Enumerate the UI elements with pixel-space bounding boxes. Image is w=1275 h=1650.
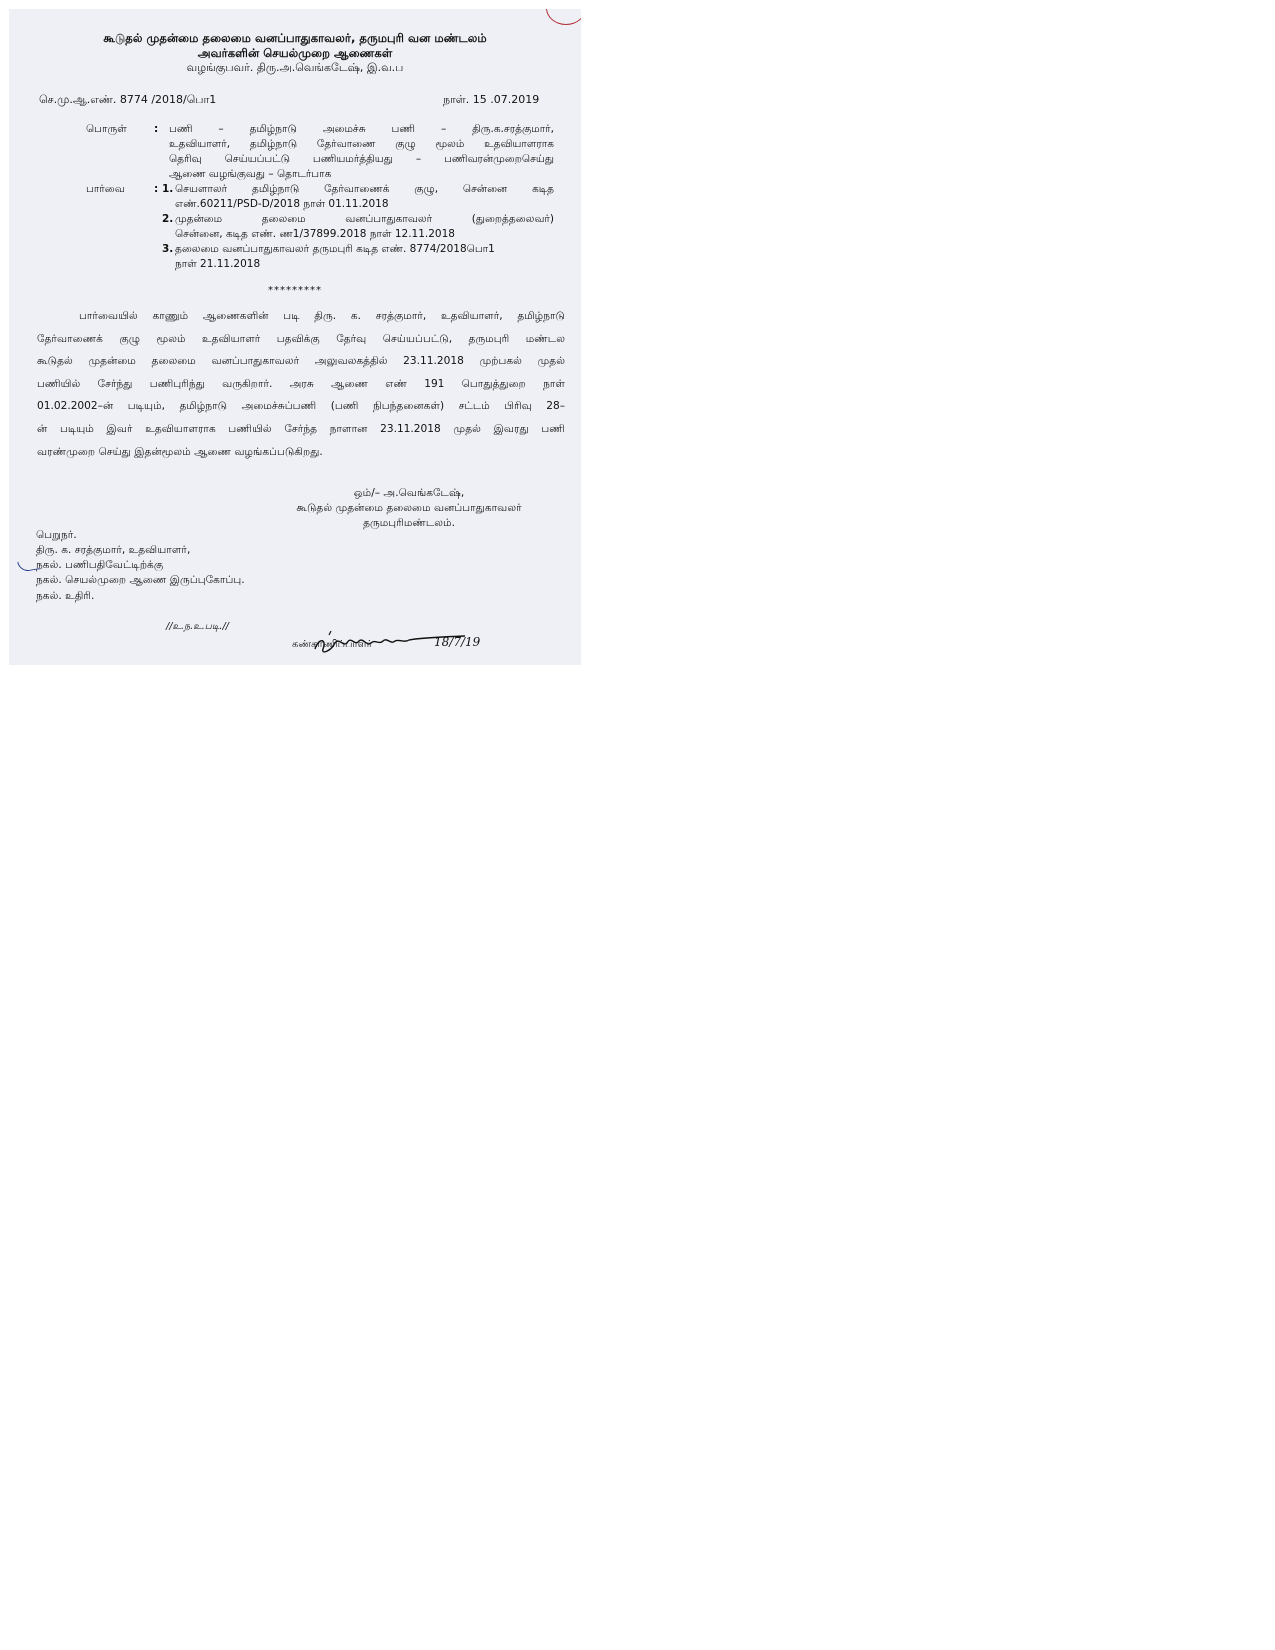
signatory-designation: கூடுதல் முதன்மை தலைமை வனப்பாதுகாவலர் xyxy=(259,501,559,516)
subject-label: பொருள் xyxy=(86,123,127,136)
body-line: பார்வையில் காணும் ஆணைகளின் படி திரு. க. … xyxy=(37,305,565,328)
signatory-name: ஒம்/– அ.வெங்கடேஷ், xyxy=(259,486,559,501)
reference-number: செ.மு.ஆ.எண். 8774 /2018/பொ1 xyxy=(39,93,216,108)
subject-line: தெரிவு செய்யப்பட்டு பணியமர்த்தியது – பணி… xyxy=(169,153,554,166)
reference-item-line: எண்.60211/PSD-D/2018 நாள் 01.11.2018 xyxy=(175,198,389,211)
subject-line: ஆணை வழங்குவது – தொடர்பாக xyxy=(169,168,331,181)
references-colon: : xyxy=(154,183,158,195)
body-line: தேர்வாணைக் குழு மூலம் உதவியாளர் பதவிக்கு… xyxy=(37,328,565,351)
signatory-block: ஒம்/– அ.வெங்கடேஷ், கூடுதல் முதன்மை தலைமை… xyxy=(259,486,559,531)
signatory-office: தருமபுரிமண்டலம். xyxy=(259,516,559,531)
reference-item-number: 2. xyxy=(162,213,173,225)
body-line: வரண்முறை செய்து இதன்மூலம் ஆணை வழங்கப்படு… xyxy=(37,441,565,464)
true-copy-mark: //உ.ந.உ.படி.// xyxy=(166,621,229,633)
red-stamp-mark xyxy=(546,9,581,25)
body-line: ன் படியும் இவர் உதவியாளராக பணியில் சேர்ந… xyxy=(37,418,565,441)
separator-stars: ********* xyxy=(9,285,581,296)
references-label: பார்வை xyxy=(86,183,125,196)
header-title-line2: அவர்களின் செயல்முறை ஆணைகள் xyxy=(9,46,581,62)
recipient-item: நகல். பணிபதிவேட்டிற்க்கு xyxy=(36,558,245,573)
reference-item-line: சென்னை, கடித எண். ண1/37899.2018 நாள் 12.… xyxy=(175,228,455,241)
attestation-date: 18/7/19 xyxy=(434,635,480,649)
body-paragraph: பார்வையில் காணும் ஆணைகளின் படி திரு. க. … xyxy=(37,305,565,463)
body-line: பணியில் சேர்ந்து பணிபுரிந்து வருகிறார். … xyxy=(37,373,565,396)
recipient-heading: பெறுநர். xyxy=(36,528,245,543)
reference-item-line: முதன்மை தலைமை வனப்பாதுகாவலர் (துறைத்தலைவ… xyxy=(175,213,554,226)
reference-item-line: தலைமை வனப்பாதுகாவலர் தருமபுரி கடித எண். … xyxy=(175,243,554,256)
reference-item-line: நாள் 21.11.2018 xyxy=(175,258,260,271)
body-line: 01.02.2002–ன் படியும், தமிழ்நாடு அமைச்சு… xyxy=(37,395,565,418)
subject-line: உதவியாளர், தமிழ்நாடு தேர்வாணை குழு மூலம்… xyxy=(169,138,554,151)
reference-item-number: 1. xyxy=(162,183,173,195)
subject-colon: : xyxy=(154,123,158,135)
reference-item-line: செயளாலர் தமிழ்நாடு தேர்வாணைக் குழு, சென்… xyxy=(175,183,554,196)
order-date: நாள். 15 .07.2019 xyxy=(443,93,539,108)
header-title-line1: கூடுதல் முதன்மை தலைமை வனப்பாதுகாவலர், தர… xyxy=(9,31,581,47)
recipient-item: நகல். செயல்முறை ஆணை இருப்புகோப்பு. xyxy=(36,573,245,588)
attestation-title: கண்காணிப்பாளர் xyxy=(292,639,372,651)
body-line: கூடுதல் முதன்மை தலைமை வனப்பாதுகாவலர் அலு… xyxy=(37,350,565,373)
recipient-item: திரு. க. சரத்குமார், உதவியாளர், xyxy=(36,543,245,558)
recipients-list: பெறுநர். திரு. க. சரத்குமார், உதவியாளர்,… xyxy=(36,528,245,604)
header-issued-by: வழங்குபவர். திரு.அ.வெங்கடேஷ், இ.வ.ப xyxy=(9,61,581,76)
reference-item-number: 3. xyxy=(162,243,173,255)
subject-line: பணி – தமிழ்நாடு அமைச்சு பணி – திரு.க.சரத… xyxy=(169,123,554,136)
recipient-item: நகல். உதிரி. xyxy=(36,589,245,604)
scanned-document-page: கூடுதல் முதன்மை தலைமை வனப்பாதுகாவலர், தர… xyxy=(9,9,581,665)
